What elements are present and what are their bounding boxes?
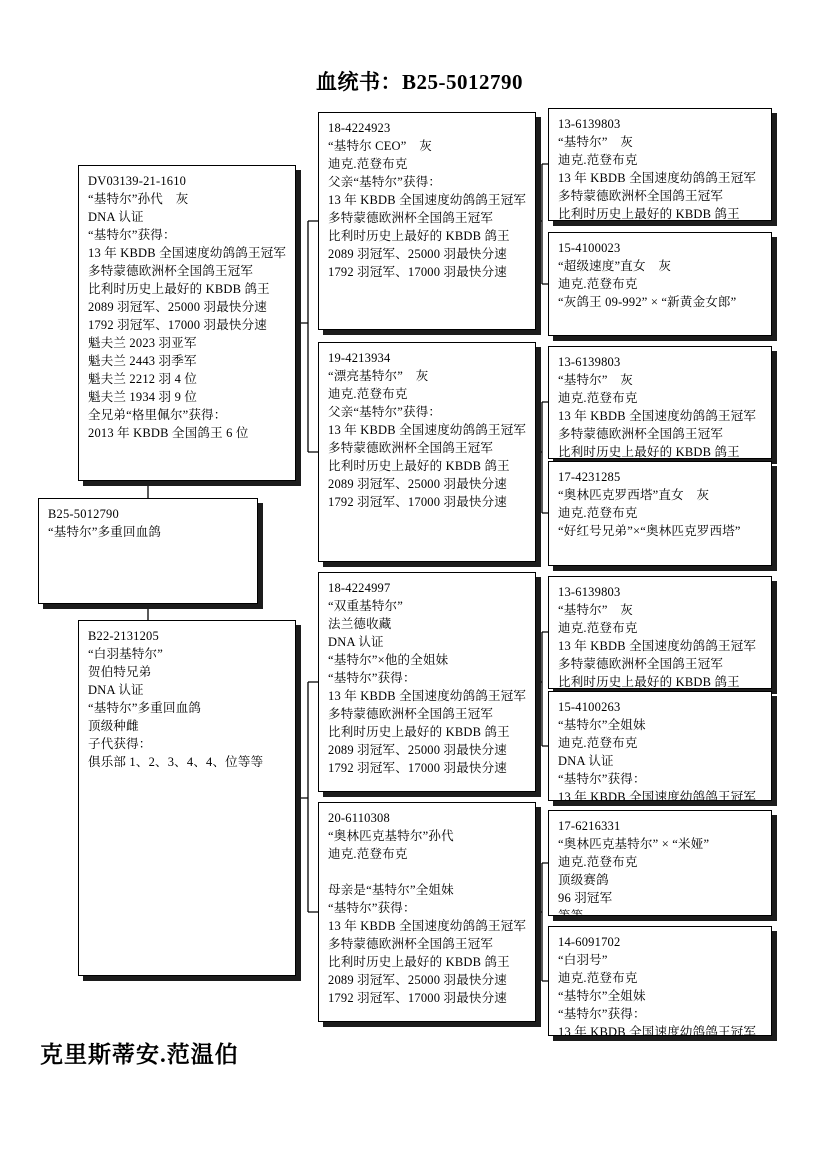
text-line: “基特尔 CEO” 灰 (328, 137, 526, 155)
text-line: 17-6216331 (558, 817, 762, 835)
text-line: 多特蒙德欧洲杯全国鸽王冠军 (558, 655, 762, 673)
text-line: 13 年 KBDB 全国速度幼鸽鸽王冠军 (558, 169, 762, 187)
text-line: 1792 羽冠军、17000 羽最快分速 (328, 759, 526, 777)
text-line: 19-4213934 (328, 349, 526, 367)
text-line: “基特尔”全姐妹 (558, 716, 762, 734)
text-line: 迪克.范登布克 (328, 155, 526, 173)
text-line: 魁夫兰 1934 羽 9 位 (88, 388, 286, 406)
text-line: 20-6110308 (328, 809, 526, 827)
text-line: “奥林匹克罗西塔”直女 灰 (558, 486, 762, 504)
text-line: 多特蒙德欧洲杯全国鸽王冠军 (328, 439, 526, 457)
text-line: “好红号兄弟”×“奥林匹克罗西塔” (558, 522, 762, 540)
text-line: “基特尔” 灰 (558, 601, 762, 619)
text-line: 迪克.范登布克 (558, 504, 762, 522)
text-line: 多特蒙德欧洲杯全国鸽王冠军 (88, 262, 286, 280)
pedigree-box-gen3-7: 17-6216331“奥林匹克基特尔” × “米娅”迪克.范登布克顶级赛鸽96 … (548, 810, 772, 916)
text-line: 全兄弟“格里佩尔”获得： (88, 406, 286, 424)
pedigree-box-gen2-4: 20-6110308“奥林匹克基特尔”孙代迪克.范登布克母亲是“基特尔”全姐妹“… (318, 802, 536, 1022)
text-line: 多特蒙德欧洲杯全国鸽王冠军 (558, 187, 762, 205)
text-line: “基特尔” 灰 (558, 371, 762, 389)
text-line: 2089 羽冠军、25000 羽最快分速 (328, 475, 526, 493)
text-line: 比利时历史上最好的 KBDB 鸽王 (328, 723, 526, 741)
text-line: 迪克.范登布克 (558, 969, 762, 987)
text-line: “白羽号” (558, 951, 762, 969)
text-line: “双重基特尔” (328, 597, 526, 615)
text-line: 13 年 KBDB 全国速度幼鸽鸽王冠军 (328, 421, 526, 439)
pedigree-box-gen3-2: 15-4100023“超级速度”直女 灰迪克.范登布克“灰鸽王 09-992” … (548, 232, 772, 336)
text-line: “基特尔”获得： (558, 1005, 762, 1023)
text-line: 13-6139803 (558, 353, 762, 371)
text-line: 魁夫兰 2023 羽亚军 (88, 334, 286, 352)
text-line: 18-4224923 (328, 119, 526, 137)
text-line: “奥林匹克基特尔” × “米娅” (558, 835, 762, 853)
text-line: 1792 羽冠军、17000 羽最快分速 (88, 316, 286, 334)
pedigree-box-gen2-1: 18-4224923“基特尔 CEO” 灰迪克.范登布克父亲“基特尔”获得：13… (318, 112, 536, 330)
text-line: “基特尔”多重回血鸽 (48, 523, 248, 541)
text-line: “基特尔”获得： (558, 770, 762, 788)
text-line: 比利时历史上最好的 KBDB 鸽王 (88, 280, 286, 298)
text-line: 1792 羽冠军、17000 羽最快分速 (328, 989, 526, 1007)
text-line: 父亲“基特尔”获得： (328, 173, 526, 191)
text-line: 18-4224997 (328, 579, 526, 597)
text-line: 1792 羽冠军、17000 羽最快分速 (328, 263, 526, 281)
text-line: 13 年 KBDB 全国速度幼鸽鸽王冠军 (328, 191, 526, 209)
text-line: DNA 认证 (328, 633, 526, 651)
text-line: 13-6139803 (558, 583, 762, 601)
text-line: “基特尔”多重回血鸽 (88, 699, 286, 717)
text-line: “超级速度”直女 灰 (558, 257, 762, 275)
pedigree-box-gen3-1: 13-6139803“基特尔” 灰迪克.范登布克13 年 KBDB 全国速度幼鸽… (548, 108, 772, 221)
pedigree-box-gen3-3: 13-6139803“基特尔” 灰迪克.范登布克13 年 KBDB 全国速度幼鸽… (548, 346, 772, 459)
page-title: 血统书：B25-5012790 (316, 66, 523, 96)
text-line: “基特尔” 灰 (558, 133, 762, 151)
text-line: 2089 羽冠军、25000 羽最快分速 (88, 298, 286, 316)
text-line: 17-4231285 (558, 468, 762, 486)
text-line: 多特蒙德欧洲杯全国鸽王冠军 (558, 425, 762, 443)
text-line: 2089 羽冠军、25000 羽最快分速 (328, 971, 526, 989)
text-line: 多特蒙德欧洲杯全国鸽王冠军 (328, 935, 526, 953)
text-line: “白羽基特尔” (88, 645, 286, 663)
text-line: 13 年 KBDB 全国速度幼鸽鸽王冠军 (558, 637, 762, 655)
text-line: 迪克.范登布克 (558, 734, 762, 752)
text-line: 13 年 KBDB 全国速度幼鸽鸽王冠军 (558, 1023, 762, 1036)
text-line: 比利时历史上最好的 KBDB 鸽王 (558, 443, 762, 459)
text-line: 13 年 KBDB 全国速度幼鸽鸽王冠军 (88, 244, 286, 262)
text-line: 比利时历史上最好的 KBDB 鸽王 (558, 205, 762, 221)
text-line: 1792 羽冠军、17000 羽最快分速 (328, 493, 526, 511)
text-line: 多特蒙德欧洲杯全国鸽王冠军 (328, 209, 526, 227)
text-line: 俱乐部 1、2、3、4、4、位等等 (88, 753, 286, 771)
pedigree-box-gen2-3: 18-4224997“双重基特尔”法兰德收藏DNA 认证“基特尔”×他的全姐妹“… (318, 572, 536, 792)
text-line: 迪克.范登布克 (558, 151, 762, 169)
pedigree-box-gen3-8: 14-6091702“白羽号”迪克.范登布克“基特尔”全姐妹“基特尔”获得：13… (548, 926, 772, 1036)
text-line: 13 年 KBDB 全国速度幼鸽鸽王冠军 (558, 407, 762, 425)
pedigree-box-dam: B22-2131205“白羽基特尔”贺伯特兄弟DNA 认证“基特尔”多重回血鸽顶… (78, 620, 296, 976)
text-line: 多特蒙德欧洲杯全国鸽王冠军 (328, 705, 526, 723)
text-line: 13 年 KBDB 全国速度幼鸽鸽王冠军 (558, 788, 762, 801)
text-line: 法兰德收藏 (328, 615, 526, 633)
text-line: 母亲是“基特尔”全姐妹 (328, 881, 526, 899)
text-line: 比利时历史上最好的 KBDB 鸽王 (558, 673, 762, 689)
text-line: 2089 羽冠军、25000 羽最快分速 (328, 741, 526, 759)
text-line: “漂亮基特尔” 灰 (328, 367, 526, 385)
text-line: DNA 认证 (88, 681, 286, 699)
text-line: DNA 认证 (88, 208, 286, 226)
text-line: B22-2131205 (88, 627, 286, 645)
text-line: 2089 羽冠军、25000 羽最快分速 (328, 245, 526, 263)
text-line: 比利时历史上最好的 KBDB 鸽王 (328, 227, 526, 245)
text-line: 14-6091702 (558, 933, 762, 951)
text-line: 迪克.范登布克 (558, 275, 762, 293)
text-line: 迪克.范登布克 (328, 845, 526, 863)
text-line: DNA 认证 (558, 752, 762, 770)
text-line: “基特尔”孙代 灰 (88, 190, 286, 208)
text-line: “基特尔”获得： (88, 226, 286, 244)
text-line: “基特尔”×他的全姐妹 (328, 651, 526, 669)
pedigree-box-gen3-4: 17-4231285“奥林匹克罗西塔”直女 灰迪克.范登布克“好红号兄弟”×“奥… (548, 461, 772, 566)
pedigree-box-gen3-5: 13-6139803“基特尔” 灰迪克.范登布克13 年 KBDB 全国速度幼鸽… (548, 576, 772, 689)
text-line: 比利时历史上最好的 KBDB 鸽王 (328, 953, 526, 971)
text-line: 13 年 KBDB 全国速度幼鸽鸽王冠军 (328, 687, 526, 705)
text-line: 15-4100023 (558, 239, 762, 257)
text-line: “基特尔”获得： (328, 669, 526, 687)
text-line: 顶级种雌 (88, 717, 286, 735)
text-line: “基特尔”获得： (328, 899, 526, 917)
text-line: 父亲“基特尔”获得： (328, 403, 526, 421)
text-line: 迪克.范登布克 (558, 389, 762, 407)
text-line: 迪克.范登布克 (558, 619, 762, 637)
pedigree-box-subject: B25-5012790“基特尔”多重回血鸽 (38, 498, 258, 604)
text-line: DV03139-21-1610 (88, 172, 286, 190)
text-line: 魁夫兰 2443 羽季军 (88, 352, 286, 370)
text-line: 魁夫兰 2212 羽 4 位 (88, 370, 286, 388)
text-line: “基特尔”全姐妹 (558, 987, 762, 1005)
text-line (328, 863, 526, 881)
text-line: “灰鸽王 09-992” × “新黄金女郎” (558, 293, 762, 311)
text-line: 2013 年 KBDB 全国鸽王 6 位 (88, 424, 286, 442)
text-line: 迪克.范登布克 (558, 853, 762, 871)
text-line: 比利时历史上最好的 KBDB 鸽王 (328, 457, 526, 475)
pedigree-certificate-page: 血统书：B25-5012790 DV03139-21-1610“基特尔”孙代 灰… (0, 0, 820, 1159)
text-line: 96 羽冠军 (558, 889, 762, 907)
text-line: B25-5012790 (48, 505, 248, 523)
pedigree-box-gen3-6: 15-4100263“基特尔”全姐妹迪克.范登布克DNA 认证“基特尔”获得：1… (548, 691, 772, 801)
text-line: 13 年 KBDB 全国速度幼鸽鸽王冠军 (328, 917, 526, 935)
breeder-name: 克里斯蒂安.范温伯 (40, 1036, 239, 1069)
text-line: 子代获得： (88, 735, 286, 753)
pedigree-box-gen2-2: 19-4213934“漂亮基特尔” 灰迪克.范登布克父亲“基特尔”获得：13 年… (318, 342, 536, 562)
text-line: 贺伯特兄弟 (88, 663, 286, 681)
text-line: 迪克.范登布克 (328, 385, 526, 403)
text-line: “奥林匹克基特尔”孙代 (328, 827, 526, 845)
pedigree-box-sire: DV03139-21-1610“基特尔”孙代 灰DNA 认证“基特尔”获得：13… (78, 165, 296, 481)
text-line: 15-4100263 (558, 698, 762, 716)
text-line: 等等 (558, 907, 762, 916)
text-line: 顶级赛鸽 (558, 871, 762, 889)
text-line: 13-6139803 (558, 115, 762, 133)
